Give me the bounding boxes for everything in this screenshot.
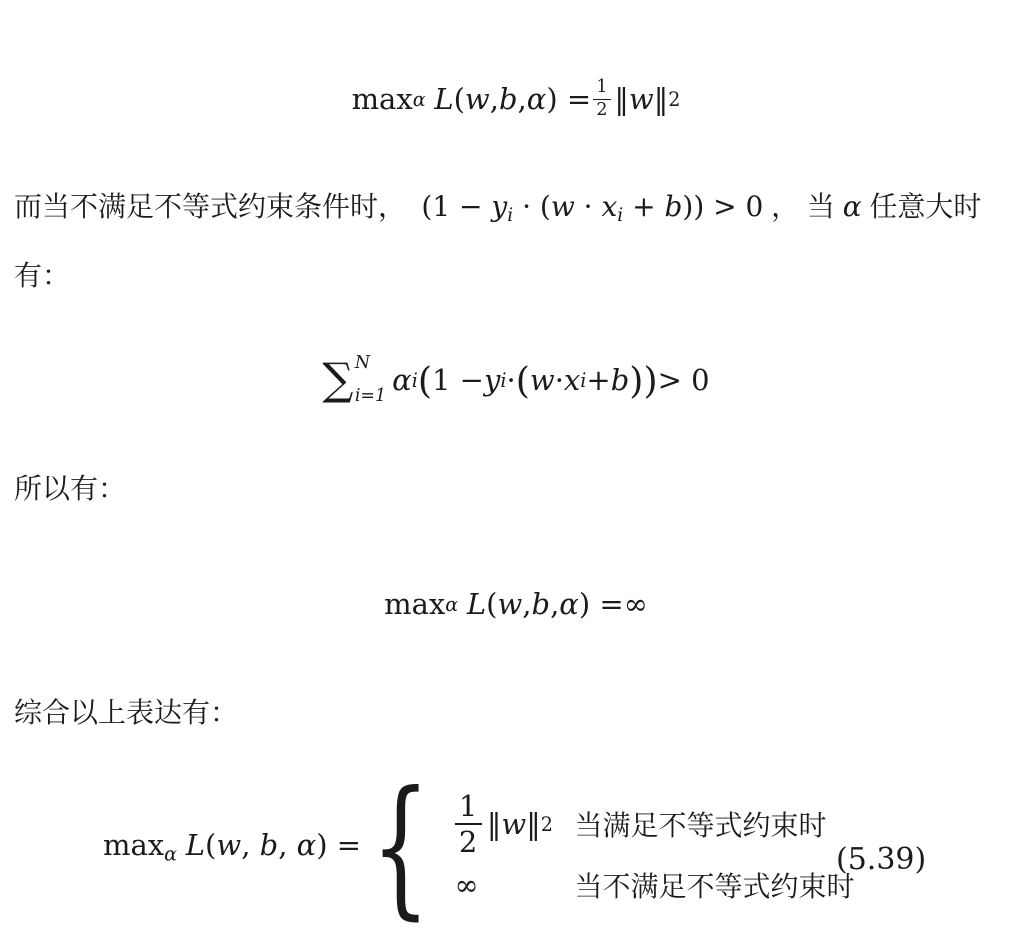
case-value-infinity: ∞ bbox=[455, 868, 575, 902]
paragraph-summary: 综合以上表达有： bbox=[14, 683, 238, 743]
formula-max-lagrangian-infinity: maxαL(w, b, α) = ∞ bbox=[0, 575, 1032, 633]
paragraph-unsatisfied-constraint: 而当不满足不等式约束条件时，(1 − yi · (w · xi + b)) > … bbox=[14, 177, 981, 306]
case-row-unsatisfied: ∞ 当不满足不等式约束时 bbox=[455, 865, 855, 905]
equation-number: (5.39) bbox=[836, 842, 926, 877]
formula-cases-left-side: maxαL(w, b, α) = bbox=[103, 828, 361, 865]
paragraph-therefore: 所以有： bbox=[14, 459, 126, 519]
left-brace: { bbox=[371, 787, 430, 907]
case-row-satisfied: 12‖w‖2 当满足不等式约束时 bbox=[455, 789, 855, 859]
case-label-unsatisfied: 当不满足不等式约束时 bbox=[575, 865, 855, 905]
formula-sum-alpha-positive: ∑Ni=1αi(1 − yi · (w · xi + b)) > 0 bbox=[0, 348, 1032, 412]
formula-max-lagrangian-half-norm: maxαL(w, b, α) = 12‖w‖2 bbox=[0, 70, 1032, 128]
cases-block: 12‖w‖2 当满足不等式约束时 ∞ 当不满足不等式约束时 bbox=[455, 789, 855, 905]
document-page: maxαL(w, b, α) = 12‖w‖2 而当不满足不等式约束条件时，(1… bbox=[0, 0, 1032, 936]
formula-cases-5-39: maxαL(w, b, α) = { 12‖w‖2 当满足不等式约束时 ∞ 当不… bbox=[103, 785, 855, 909]
case-label-satisfied: 当满足不等式约束时 bbox=[575, 804, 827, 844]
case-value-half-norm: 12‖w‖2 bbox=[455, 789, 575, 859]
